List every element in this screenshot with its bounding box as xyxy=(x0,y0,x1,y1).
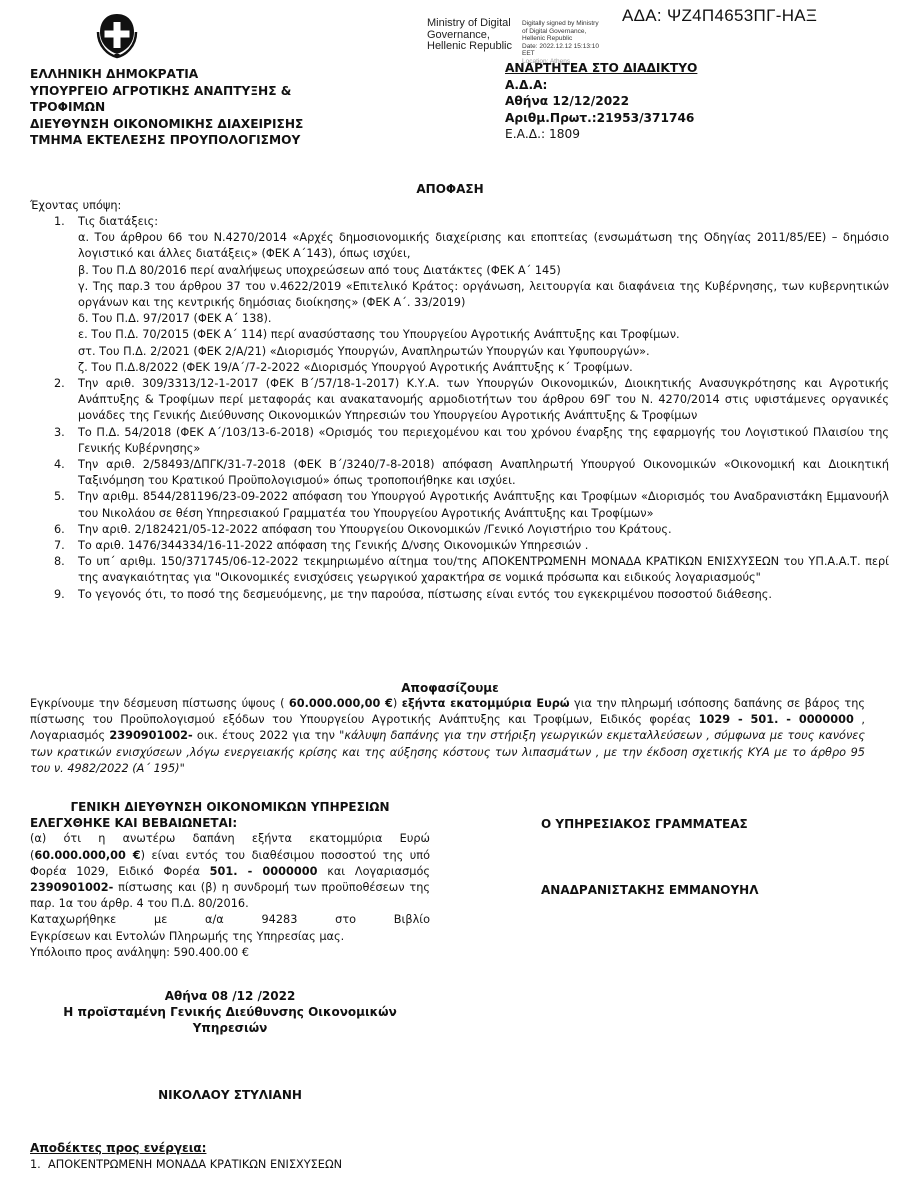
verification-line: και Λογαριασμός xyxy=(317,865,430,878)
ead-number: Ε.Α.Δ.: 1809 xyxy=(505,126,697,143)
org-line: ΔΙΕΥΘΥΝΣΗ ΟΙΚΟΝΟΜΙΚΗΣ ΔΙΑΧΕΙΡΙΣΗΣ xyxy=(30,116,303,133)
digital-signature-details: Digitally signed by Ministry of Digital … xyxy=(522,20,599,66)
org-line: ΤΜΗΜΑ ΕΚΤΕΛΕΣΗΣ ΠΡΟΥΠΟΛΟΓΙΣΜΟΥ xyxy=(30,132,303,149)
verification-text: (α) ότι η ανωτέρω δαπάνη εξήντα εκατομμύ… xyxy=(30,831,430,912)
verification-block: ΓΕΝΙΚΗ ΔΙΕΥΘΥΝΣΗ ΟΙΚΟΝΟΜΙΚΩΝ ΥΠΗΡΕΣΙΩΝ Ε… xyxy=(30,799,430,961)
subitem: ε. Του Π.Δ. 70/2015 (ΦΕΚ Α΄ 114) περί αν… xyxy=(78,327,889,343)
decision-intro: Έχοντας υπόψη: xyxy=(30,198,121,214)
list-item: 6.Την αριθ. 2/182421/05-12-2022 απόφαση … xyxy=(54,522,889,538)
list-item: 7.Το αριθ. 1476/344334/16-11-2022 απόφασ… xyxy=(54,538,889,554)
ada-code: ΑΔΑ: ΨΖ4Π4653ΠΓ-ΗΑΞ xyxy=(622,6,817,26)
verification-dept: ΓΕΝΙΚΗ ΔΙΕΥΘΥΝΣΗ ΟΙΚΟΝΟΜΙΚΩΝ ΥΠΗΡΕΣΙΩΝ xyxy=(30,799,430,815)
item-text: Την αριθ. 2/58493/ΔΠΓΚ/31-7-2018 (ΦΕΚ Β΄… xyxy=(78,458,889,487)
decide-amount: 60.000.000,00 € xyxy=(289,697,393,710)
balance-line: Υπόλοιπο προς ανάληψη: 590.400.00 € xyxy=(30,945,430,961)
signer-role: Υπηρεσιών xyxy=(30,1020,430,1036)
recipient-number: 1. xyxy=(30,1158,41,1171)
decision-paragraph: Εγκρίνουμε την δέσμευση πίστωσης ύψους (… xyxy=(30,696,865,777)
subitem: γ. Της παρ.3 του άρθρου 37 του ν.4622/20… xyxy=(78,279,889,311)
verification-line: (α) ότι η ανωτέρω δαπάνη εξήντα εκατομμύ… xyxy=(30,832,430,845)
subitem: β. Του Π.Δ 80/2016 περί αναλήψεως υποχρε… xyxy=(78,263,889,279)
registration-line: Καταχωρήθηκε με α/α 94283 στο Βιβλίο xyxy=(30,912,430,928)
item-number: 6. xyxy=(54,522,65,538)
signer-line: Hellenic Republic xyxy=(427,41,512,53)
document-date: Αθήνα 12/12/2022 xyxy=(505,93,697,110)
recipient-text: ΑΠΟΚΕΝΤΡΩΜΕΝΗ ΜΟΝΑΔΑ ΚΡΑΤΙΚΩΝ ΕΝΙΣΧΥΣΕΩΝ xyxy=(48,1158,342,1171)
protocol-number: Αριθμ.Πρωτ.:21953/371746 xyxy=(505,110,697,127)
decide-account: 2390901002- xyxy=(109,729,192,742)
item-number: 3. xyxy=(54,425,65,441)
decide-special-body: 1029 - 501. - 0000000 xyxy=(699,713,854,726)
signer-role: Η προϊσταμένη Γενικής Διεύθυνσης Οικονομ… xyxy=(30,1004,430,1020)
org-line: ΕΛΛΗΝΙΚΗ ΔΗΜΟΚΡΑΤΙΑ xyxy=(30,66,303,83)
list-item: 2.Την αριθ. 309/3313/12-1-2017 (ΦΕΚ Β΄/5… xyxy=(54,376,889,425)
verification-amount: 60.000.000,00 € xyxy=(34,849,140,862)
subitem: α. Του άρθρου 66 του Ν.4270/2014 «Αρχές … xyxy=(78,230,889,262)
registration-line: Εγκρίσεων και Εντολών Πληρωμής της Υπηρε… xyxy=(30,929,430,945)
subitem: δ. Του Π.Δ. 97/2017 (ΦΕΚ Α΄ 138). xyxy=(78,311,889,327)
recipients-list: 1. ΑΠΟΚΕΝΤΡΩΜΕΝΗ ΜΟΝΑΔΑ ΚΡΑΤΙΚΩΝ ΕΝΙΣΧΥΣ… xyxy=(30,1157,342,1173)
posting-label: ΑΝΑΡΤΗΤΕΑ ΣΤΟ ΔΙΑΔΙΚΤΥΟ xyxy=(505,60,697,77)
decide-text: Εγκρίνουμε την δέσμευση πίστωσης ύψους ( xyxy=(30,697,289,710)
item-number: 2. xyxy=(54,376,65,392)
document-meta: ΑΝΑΡΤΗΤΕΑ ΣΤΟ ΔΙΑΔΙΚΤΥΟ Α.Δ.Α: Αθήνα 12/… xyxy=(505,60,697,143)
subitem: στ. Του Π.Δ. 2/2021 (ΦΕΚ 2/Α/21) «Διορισ… xyxy=(78,344,889,360)
item-number: 8. xyxy=(54,554,65,570)
list-item: 4.Την αριθ. 2/58493/ΔΠΓΚ/31-7-2018 (ΦΕΚ … xyxy=(54,457,889,489)
subitem: ζ. Του Π.Δ.8/2022 (ΦΕΚ 19/Α΄/7-2-2022 «Δ… xyxy=(78,360,889,376)
item-number: 4. xyxy=(54,457,65,473)
decision-title: ΑΠΟΦΑΣΗ xyxy=(0,181,900,197)
secretary-name: ΑΝΑΔΡΑΝΙΣΤΑΚΗΣ ΕΜΜΑΝΟΥΗΛ xyxy=(541,882,759,898)
item-number: 1. xyxy=(54,214,65,230)
list-item: 8.Το υπ΄ αριθμ. 150/371745/06-12-2022 τε… xyxy=(54,554,889,586)
list-item: 3.Το Π.Δ. 54/2018 (ΦΕΚ Α΄/103/13-6-2018)… xyxy=(54,425,889,457)
decide-title: Αποφασίζουμε xyxy=(0,680,900,696)
issuing-authority: ΕΛΛΗΝΙΚΗ ΔΗΜΟΚΡΑΤΙΑ ΥΠΟΥΡΓΕΙΟ ΑΓΡΟΤΙΚΗΣ … xyxy=(30,66,303,149)
item-text: Την αριθ. 309/3313/12-1-2017 (ΦΕΚ Β΄/57/… xyxy=(78,377,889,422)
item-text: Την αριθ. 2/182421/05-12-2022 απόφαση το… xyxy=(78,523,672,536)
signer-line: Ministry of Digital xyxy=(427,18,512,30)
signature-detail: Date: 2022.12.12 15:13:10 xyxy=(522,43,599,51)
item-text: Την αριθμ. 8544/281196/23-09-2022 απόφασ… xyxy=(78,490,889,519)
verification-heading: ΕΛΕΓΧΘΗΚΕ ΚΑΙ ΒΕΒΑΙΩΝΕΤΑΙ: xyxy=(30,815,430,831)
verification-signature-block: Αθήνα 08 /12 /2022 Η προϊσταμένη Γενικής… xyxy=(30,988,430,1036)
verification-account: 2390901002- xyxy=(30,881,113,894)
list-item: 9.Το γεγονός ότι, το ποσό της δεσμευόμεν… xyxy=(54,587,889,603)
item-number: 5. xyxy=(54,489,65,505)
signature-detail: EET xyxy=(522,50,599,58)
item-text: Το Π.Δ. 54/2018 (ΦΕΚ Α΄/103/13-6-2018) «… xyxy=(78,426,889,455)
decide-text: ) xyxy=(393,697,402,710)
signature-detail: of Digital Governance, xyxy=(522,28,599,36)
item-text: Το υπ΄ αριθμ. 150/371745/06-12-2022 τεκμ… xyxy=(78,555,889,584)
item-text: Τις διατάξεις: xyxy=(78,215,158,228)
ada-short: Α.Δ.Α: xyxy=(505,77,697,94)
secretary-title: Ο ΥΠΗΡΕΣΙΑΚΟΣ ΓΡΑΜΜΑΤΕΑΣ xyxy=(541,816,748,832)
item-number: 9. xyxy=(54,587,65,603)
digital-signature-signer: Ministry of Digital Governance, Hellenic… xyxy=(427,18,512,53)
recipients-title: Αποδέκτες προς ενέργεια: xyxy=(30,1140,206,1156)
org-line: ΥΠΟΥΡΓΕΙΟ ΑΓΡΟΤΙΚΗΣ ΑΝΑΠΤΥΞΗΣ & xyxy=(30,83,303,100)
item-text: Το γεγονός ότι, το ποσό της δεσμευόμενης… xyxy=(78,588,772,601)
signature-detail: Hellenic Republic xyxy=(522,35,599,43)
org-line: ΤΡΟΦΙΜΩΝ xyxy=(30,99,303,116)
considerations-list: 1. Τις διατάξεις: α. Του άρθρου 66 του Ν… xyxy=(30,214,889,603)
list-item: 5.Την αριθμ. 8544/281196/23-09-2022 απόφ… xyxy=(54,489,889,521)
list-item: 1. Τις διατάξεις: α. Του άρθρου 66 του Ν… xyxy=(54,214,889,376)
decide-amount-words: εξήντα εκατομμύρια Ευρώ xyxy=(402,697,570,710)
verification-special-body: 501. - 0000000 xyxy=(210,865,318,878)
verification-signer-name: ΝΙΚΟΛΑΟΥ ΣΤΥΛΙΑΝΗ xyxy=(30,1087,430,1103)
greek-coat-of-arms-icon xyxy=(92,10,142,60)
item-number: 7. xyxy=(54,538,65,554)
signature-detail: Digitally signed by Ministry xyxy=(522,20,599,28)
decide-text: οικ. έτους 2022 για την " xyxy=(193,729,345,742)
verification-date: Αθήνα 08 /12 /2022 xyxy=(30,988,430,1004)
item-text: Το αριθ. 1476/344334/16-11-2022 απόφαση … xyxy=(78,539,588,552)
